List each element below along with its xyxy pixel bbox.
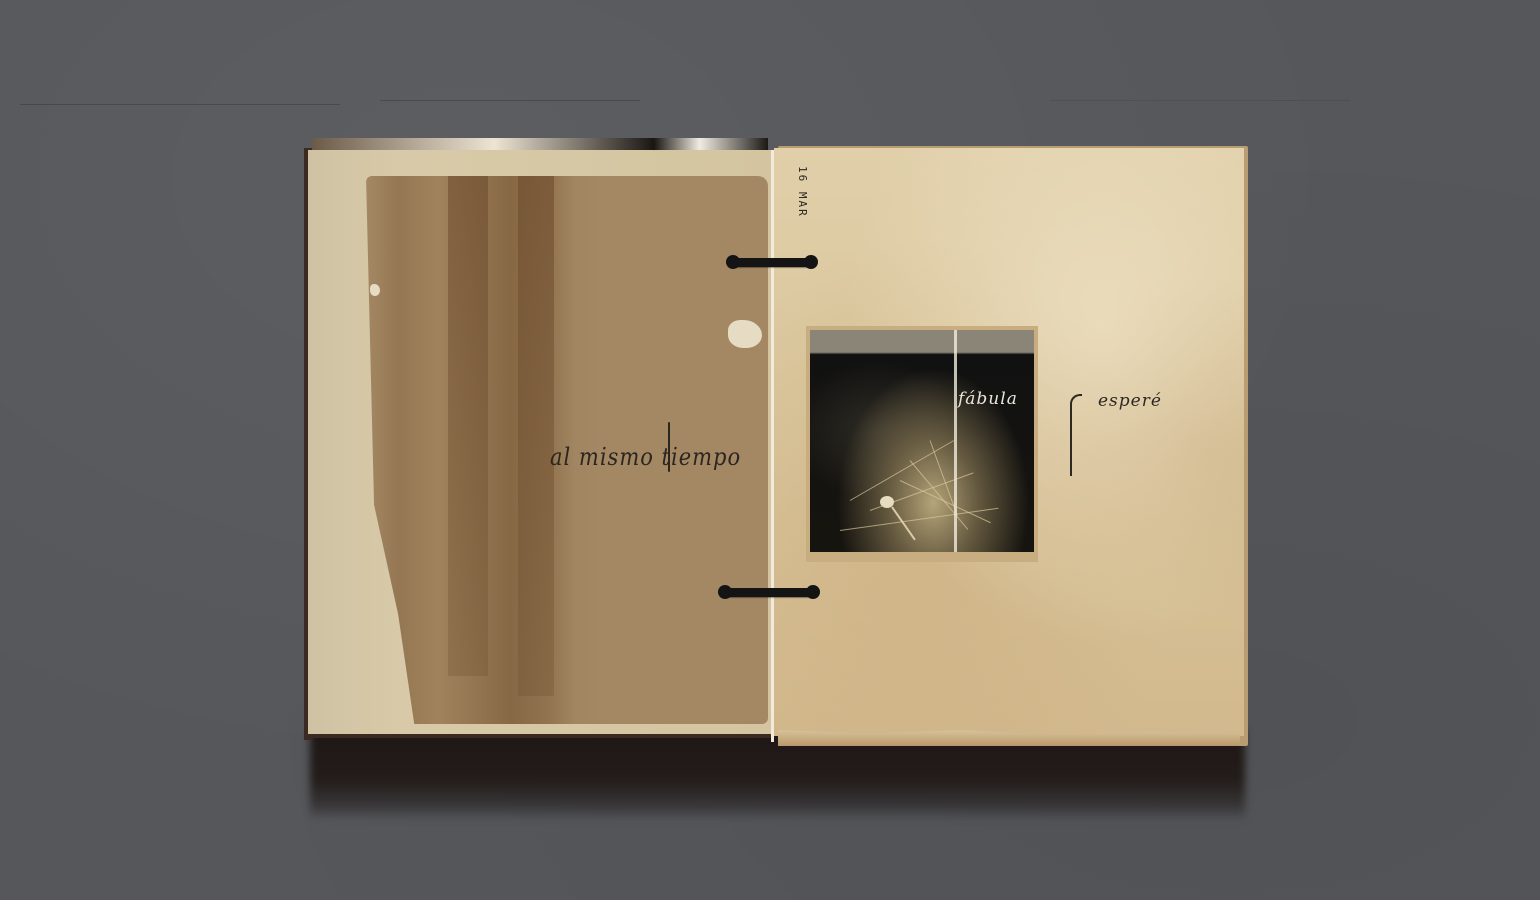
wall-scratch xyxy=(380,100,640,101)
handwriting-bracket xyxy=(1070,394,1082,476)
grass-blade xyxy=(840,508,999,531)
stain-streak xyxy=(448,176,488,676)
date-stamp: 16 MAR xyxy=(796,166,809,218)
grass-blade xyxy=(850,440,954,501)
handwriting-stroke xyxy=(668,422,670,472)
photo-stick xyxy=(891,506,916,540)
paper-chip xyxy=(370,284,380,296)
handwriting-al-mismo-tiempo: al mismo tiempo xyxy=(550,443,741,471)
binding-strap-bottom xyxy=(722,588,816,597)
left-page: al mismo tiempo xyxy=(308,150,772,738)
right-page-torn-edge xyxy=(778,730,1240,746)
handwriting-fabula: fábula xyxy=(958,389,1018,409)
artist-book: al mismo tiempo 16 MAR fábula esperé xyxy=(300,136,1260,752)
photo-frame xyxy=(806,326,1038,562)
photo-crease xyxy=(954,330,957,552)
wall-scratch xyxy=(1050,100,1350,101)
stain-streak xyxy=(518,176,554,696)
wall-scratch xyxy=(20,104,340,105)
grass-photo xyxy=(810,330,1034,552)
handwriting-espere: esperé xyxy=(1098,391,1162,411)
paper-chip xyxy=(728,320,762,348)
binding-strap-top xyxy=(730,258,814,267)
